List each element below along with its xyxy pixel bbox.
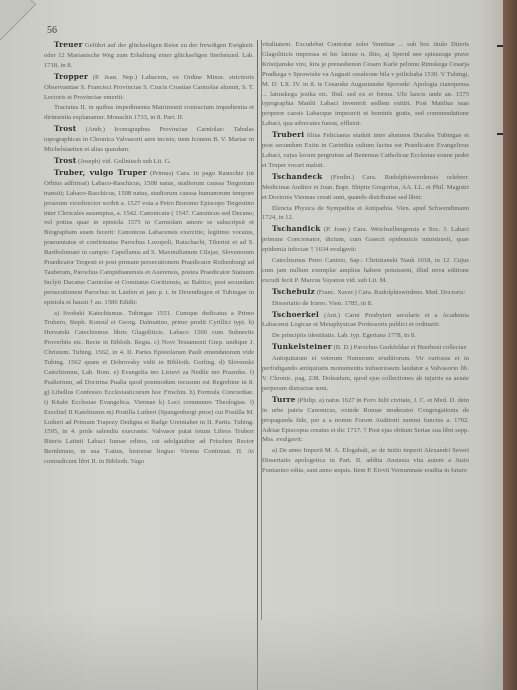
right-column: vitalitatem. Excudebat Contratar solet V… xyxy=(262,40,469,477)
entry-subparagraph: Tractatus II. in quibus impedimenta Matr… xyxy=(44,103,254,123)
book-page: 56 Treuer Geführt auf der glückseligen R… xyxy=(0,0,505,690)
entry-subparagraph: Dissertatio de Ictero. Vien. 1785, in 8. xyxy=(262,299,469,309)
dictionary-entry: Treuer Geführt auf der glückseligen Reis… xyxy=(44,40,254,71)
entry-headword: Truberi xyxy=(272,130,304,139)
dictionary-entry: Tschebulz (Franc. Xaver.) Cara. Rudolphi… xyxy=(262,287,469,298)
left-column: Treuer Geführt auf der glückseligen Reis… xyxy=(44,40,254,468)
entry-subparagraph: a) Svobski Katechismus. Tubingae 1551. C… xyxy=(44,309,254,468)
entry-text: (Andr.) Iconographus Provinciae Carniola… xyxy=(44,126,254,153)
entry-headword: Trost xyxy=(54,124,76,133)
entry-subparagraph: a) De anno Imperii M. A. Elogabali, ac d… xyxy=(262,446,469,476)
entry-subparagraph: Elencta Physica de Sympathia et Antipath… xyxy=(262,204,469,224)
entry-headword: Tunkelsteiner xyxy=(272,342,332,351)
entry-headword: Treuer xyxy=(54,40,83,49)
entry-text: Antiquitatum et veterum Numorum eruditio… xyxy=(262,355,469,392)
dictionary-entry: Turre (Philip. a) natus 1627 in Foro Jul… xyxy=(262,395,469,446)
dictionary-entry: Tschandick (P. Joan.) Cara. Weichselberg… xyxy=(262,224,469,255)
dictionary-entry: Tropper (P. Jean. Nep.) Labacens, ex Ord… xyxy=(44,72,254,103)
dictionary-entry: Trost (Andr.) Iconographus Provinciae Ca… xyxy=(44,124,254,155)
entry-headword: Tschandick xyxy=(272,224,321,233)
entry-headword: Trost xyxy=(54,156,76,165)
dictionary-entry: Tschandeck (Ferdin.) Cara. Rudolphiswerd… xyxy=(262,172,469,203)
paper-shading xyxy=(0,610,505,690)
entry-headword: Tschandeck xyxy=(272,172,323,181)
dictionary-entry: Trost (Joseph) vid. Gollnitsch sub Lit. … xyxy=(44,156,254,167)
entry-headword: Truber, vulgo Truper xyxy=(54,168,147,177)
entry-continuation: vitalitatem. Excudebat Contratar solet V… xyxy=(262,40,469,129)
entry-text: vitalitatem. Excudebat Contratar solet V… xyxy=(262,41,469,127)
entry-headword: Turre xyxy=(272,395,296,404)
dictionary-entry: Tschoerkel (Ant.) Carni Presbyteri secul… xyxy=(262,310,469,331)
entry-text: a) Svobski Katechismus. Tubingae 1551. C… xyxy=(44,310,254,466)
entry-subparagraph: De principiis identitatis. Lab. typ. Ege… xyxy=(262,331,469,341)
entry-subparagraph: Antiquitatum et veterum Numorum eruditio… xyxy=(262,354,469,394)
page-number: 56 xyxy=(47,25,57,36)
entry-headword: Tschebulz xyxy=(272,287,315,296)
column-divider-rule xyxy=(257,40,258,690)
entry-headword: Tropper xyxy=(54,72,88,81)
dictionary-entry: Tunkelsteiner (B. D.) Parochus Gurkfelda… xyxy=(262,342,469,353)
entry-headword: Tschoerkel xyxy=(272,310,319,319)
entry-text: Dissertatio de Ictero. Vien. 1785, in 8. xyxy=(272,300,373,307)
entry-text: (Primus) Cara. in pago Rastschiz (ut Orb… xyxy=(44,170,254,306)
entry-text: De principiis identitatis. Lab. typ. Ege… xyxy=(272,332,416,339)
entry-text: Tractatus II. in quibus impedimenta Matr… xyxy=(44,104,254,121)
page-corner-fold xyxy=(0,0,36,41)
entry-text: a) De anno Imperii M. A. Elogabali, ac d… xyxy=(262,447,469,474)
entry-subparagraph: Catechismus Petro Canisio, Sap.: Christi… xyxy=(262,256,469,286)
entry-text: (Joseph) vid. Gollnitsch sub Lit. G. xyxy=(78,158,171,165)
dictionary-entry: Truber, vulgo Truper (Primus) Cara. in p… xyxy=(44,168,254,308)
entry-text: Elencta Physica de Sympathia et Antipath… xyxy=(262,205,469,222)
entry-text: (Franc. Xaver.) Cara. Rudolphiswirdens. … xyxy=(317,289,466,296)
book-edge-shadow xyxy=(503,0,517,690)
dictionary-entry: Truberi filius Felicianus studuit inter … xyxy=(262,130,469,171)
entry-text: (B. D.) Parochus Gurkfeldae et Heerbeni … xyxy=(334,344,468,351)
entry-text: Catechismus Petro Canisio, Sap.: Christi… xyxy=(262,257,469,284)
